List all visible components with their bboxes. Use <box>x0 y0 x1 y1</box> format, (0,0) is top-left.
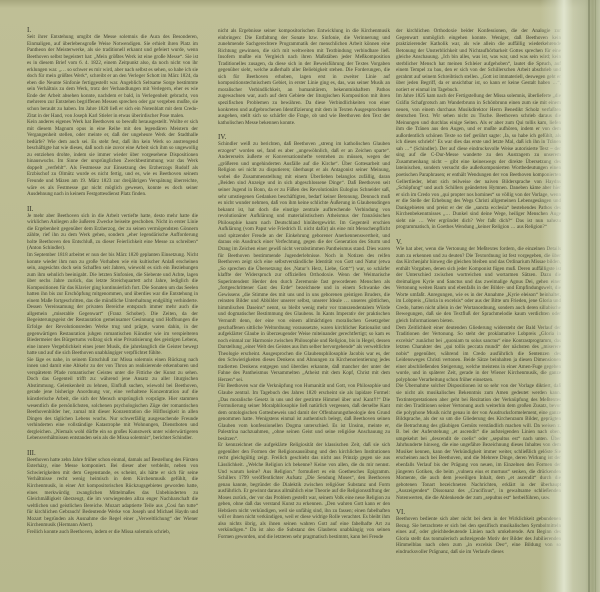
article-section: VI.Beethoven bediente sich aber nicht be… <box>396 508 561 555</box>
page-glare-edge <box>540 0 600 592</box>
article-section: der kirchlichen Orthodoxie beider Konfes… <box>396 28 561 231</box>
paragraph: Sie läge es nahe, in seinem Entschluß zu… <box>27 357 198 442</box>
paragraph: Dem Zeitlichkeit einer deutenden Glieder… <box>396 325 561 384</box>
article-section: IV.Schindler weiß zu berichten, daß Beet… <box>218 133 390 540</box>
article-section: II.Je mehr aber Beethoven sich in die Ar… <box>27 205 198 442</box>
section-heading: VI. <box>396 508 561 516</box>
paragraph: Schindler weiß zu berichten, daß Beethov… <box>218 141 390 383</box>
paragraph: Seit ihrer Entstehung umgibt die Messe s… <box>27 34 198 119</box>
page-top-shadow <box>0 0 600 8</box>
section-heading: II. <box>27 205 198 213</box>
text-column-1: I.Seit ihrer Entstehung umgibt die Messe… <box>27 26 198 542</box>
paragraph: Kein anderes eigenes Werk hat Beethoven … <box>27 119 198 198</box>
scanned-page: I.Seit ihrer Entstehung umgibt die Messe… <box>0 0 600 592</box>
paragraph: Je mehr aber Beethoven sich in die Arbei… <box>27 213 198 252</box>
paragraph: nicht als Ergebnisse seiner kompositoris… <box>218 28 390 126</box>
paragraph: Im September 1818 arbeitet er nun der bi… <box>27 252 198 357</box>
article-section: III.Beethoven hatte zehn Jahre früher sc… <box>27 449 198 536</box>
paragraph: Beethoven bediente sich aber nicht bei d… <box>396 516 561 555</box>
paragraph: Die Übernahme solcher Dispositionen ist … <box>396 383 561 501</box>
section-heading: V. <box>396 238 561 246</box>
paragraph: Wie hat aber, wenn die Vertonung der Meß… <box>396 246 561 325</box>
paragraph: Freilich konnte auch Beethoven, indem er… <box>27 529 198 536</box>
section-heading: IV. <box>218 133 390 141</box>
section-heading: I. <box>27 26 198 34</box>
article-section: I.Seit ihrer Entstehung umgibt die Messe… <box>27 26 198 198</box>
sleeve-edge-line <box>588 0 590 592</box>
paragraph: der kirchlichen Orthodoxie beider Konfes… <box>396 28 561 93</box>
sleeve-edge-line-outer <box>595 0 596 592</box>
paragraph: Er kennzeichnet die aufgeklärte Religios… <box>218 442 390 540</box>
article-section: V.Wie hat aber, wenn die Vertonung der M… <box>396 238 561 501</box>
paragraph: Im Jahre 1825 kam nach der Fertigstellun… <box>396 93 561 230</box>
text-column-2: nicht als Ergebnisse seiner kompositoris… <box>218 28 390 548</box>
paragraph: Beethoven hatte zehn Jahre früher schon … <box>27 457 198 529</box>
paragraph: Für Beethoven war die Verknüpfung von Hu… <box>218 383 390 442</box>
text-column-3: der kirchlichen Orthodoxie beider Konfes… <box>396 28 561 563</box>
article-section: nicht als Ergebnisse seiner kompositoris… <box>218 28 390 126</box>
section-heading: III. <box>27 449 198 457</box>
